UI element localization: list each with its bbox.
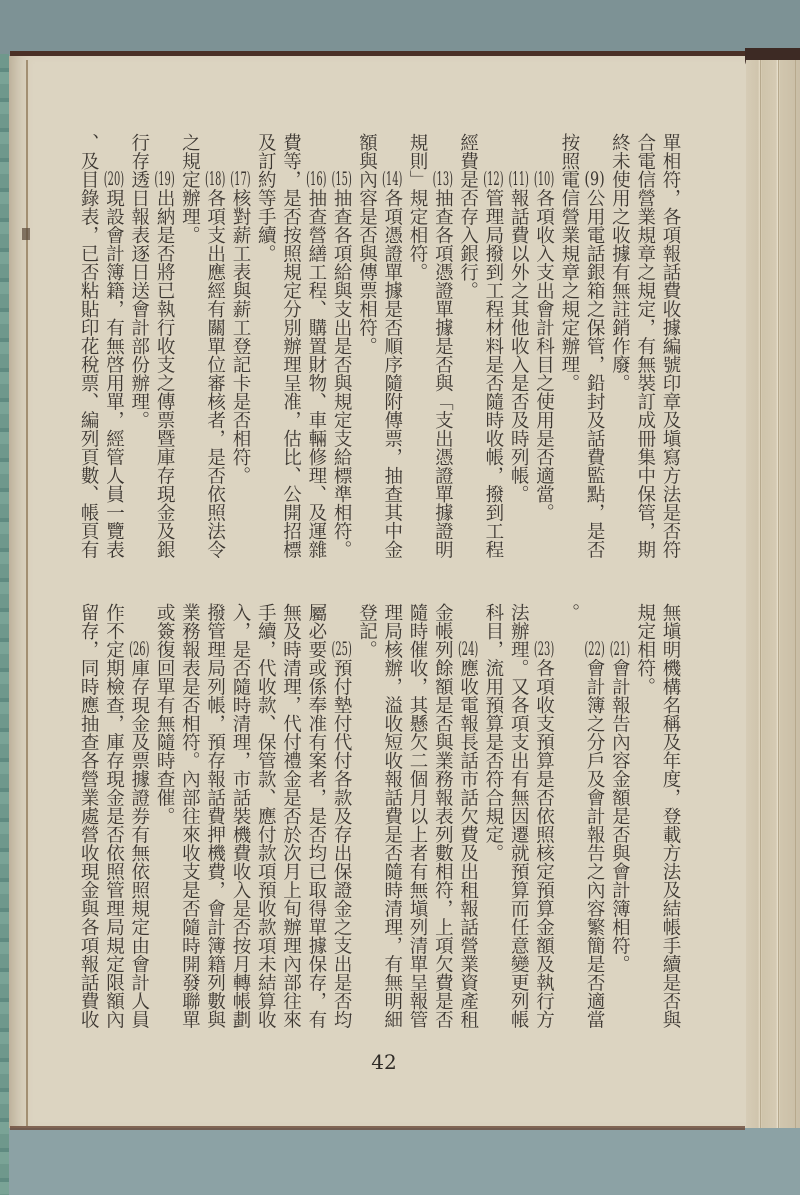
column-text: 入，是否隨時清理，市話裝機費收入是否按月轉帳劃 bbox=[230, 603, 251, 1029]
item-number: (16) bbox=[306, 170, 327, 189]
column-text: 各項收支預算是否依照核定預算金額及執行方 bbox=[534, 659, 555, 1029]
text-column: 法辦理。又各項支出有無因遷就預算而任意變更列帳 bbox=[506, 603, 531, 1043]
column-text: 手續，代收款、保管款、應付款項預收款項未結算收 bbox=[255, 603, 276, 1029]
text-column: (19)出納是否將已執行收支之傳票暨庫存現金及銀 bbox=[152, 133, 177, 573]
column-text: 規則」規定相符。 bbox=[407, 133, 428, 281]
text-column: 屬必要或係奉准有案者，是否均已取得單據保存，有 bbox=[304, 603, 329, 1043]
text-column: (17)核對薪工表與薪工登記卡是否相符。 bbox=[228, 133, 253, 573]
text-column: (22)會計簿之分戶及會計報告之內容繁簡是否適當 bbox=[582, 603, 607, 1043]
text-column: 手續，代收款、保管款、應付款項預收款項未結算收 bbox=[253, 603, 278, 1043]
column-text: 各項憑證單據是否順序隨附傳票，抽查其中金 bbox=[382, 189, 403, 559]
text-column: (25)預付墊付代付各款及存出保證金之支出是否均 bbox=[329, 603, 354, 1043]
column-text: 行存透日報表逐日送會計部份辦理。 bbox=[129, 133, 150, 429]
item-number: (20) bbox=[103, 170, 124, 189]
column-text: 撥管理局列帳，預存報話費押機費，會計簿籍列數與 bbox=[205, 603, 226, 1029]
text-column: 。 bbox=[557, 603, 582, 1043]
item-number: (9) bbox=[584, 170, 605, 189]
item-number: (13) bbox=[432, 170, 453, 189]
column-text: 屬必要或係奉准有案者，是否均已取得單據保存，有 bbox=[306, 603, 327, 1029]
text-column: (20)現設會計簿籍，有無啓用單，經管人員一覽表 bbox=[101, 133, 126, 573]
text-column: (16)抽查營繕工程、購置財物、車輛修理、及運雜 bbox=[304, 133, 329, 573]
column-text: 金帳列餘額是否與業務報表列數相符，上項欠費是否 bbox=[432, 603, 453, 1029]
item-number: (25) bbox=[331, 640, 352, 659]
item-number: (14) bbox=[382, 170, 403, 189]
text-column: 科目，流用預算是否符合規定。 bbox=[481, 603, 506, 1043]
item-number: (18) bbox=[205, 170, 226, 189]
column-text: 業務報表是否相符。內部往來收支是否隨時開發聯單 bbox=[179, 603, 200, 1029]
column-text: 按照電信營業規章之規定辦理。 bbox=[559, 133, 580, 392]
text-column: (15)抽查各項給與支出是否與規定支給標準相符。 bbox=[329, 133, 354, 573]
text-column: (26)庫存現金及票據證券有無依照規定由會計人員 bbox=[126, 603, 151, 1043]
text-column: 行存透日報表逐日送會計部份辦理。 bbox=[126, 133, 151, 573]
column-text: 預付墊付代付各款及存出保證金之支出是否均 bbox=[331, 659, 352, 1029]
column-text: 。 bbox=[559, 603, 580, 622]
item-number: (15) bbox=[331, 170, 352, 189]
item-number: (21) bbox=[609, 640, 630, 659]
text-column: 入，是否隨時清理，市話裝機費收入是否按月轉帳劃 bbox=[228, 603, 253, 1043]
column-text: 規定相符。 bbox=[635, 603, 656, 696]
adjacent-page-edge bbox=[0, 54, 9, 1195]
text-column: 作不定期檢查，庫存現金是否依照管理局規定限額內 bbox=[101, 603, 126, 1043]
text-column: 、及目錄表，已否粘貼印花稅票、編列頁數、帳頁有 bbox=[76, 133, 101, 573]
column-text: 額與內容是否與傳票相符。 bbox=[356, 133, 377, 355]
text-column: (11)報話費以外之其他收入是否及時列帳。 bbox=[506, 133, 531, 573]
item-number: (10) bbox=[534, 170, 555, 189]
column-text: 或簽復回單有無隨時查催。 bbox=[154, 603, 175, 825]
column-text: 管理局撥到工程材料是否隨時收帳，撥到工程 bbox=[483, 189, 504, 559]
column-text: 會計簿之分戶及會計報告之內容繁簡是否適當 bbox=[584, 659, 605, 1029]
text-column: 額與內容是否與傳票相符。 bbox=[354, 133, 379, 573]
item-number: (12) bbox=[483, 170, 504, 189]
column-text: 作不定期檢查，庫存現金是否依照管理局規定限額內 bbox=[103, 603, 124, 1029]
column-text: 核對薪工表與薪工登記卡是否相符。 bbox=[230, 189, 251, 485]
text-column: (18)各項支出應經有關單位審核者，是否依照法令 bbox=[202, 133, 227, 573]
text-column: 金帳列餘額是否與業務報表列數相符，上項欠費是否 bbox=[430, 603, 455, 1043]
text-column: 按照電信營業規章之規定辦理。 bbox=[557, 133, 582, 573]
column-text: 、及目錄表，已否粘貼印花稅票、編列頁數、帳頁有 bbox=[78, 133, 99, 559]
column-text: 之規定辦理。 bbox=[179, 133, 200, 244]
cover-edge-bottom bbox=[10, 1126, 745, 1130]
text-column: 及訂約等手續。 bbox=[253, 133, 278, 573]
text-column: 理局核辦，溢收短收報話費是否隨時清理，有無明細 bbox=[379, 603, 404, 1043]
column-text: 終未使用之收據有無註銷作廢。 bbox=[609, 133, 630, 392]
background-top bbox=[0, 0, 800, 54]
text-column: 或簽復回單有無隨時查催。 bbox=[152, 603, 177, 1043]
text-column: (14)各項憑證單據是否順序隨附傳票，抽查其中金 bbox=[379, 133, 404, 573]
text-column: 撥管理局列帳，預存報話費押機費，會計簿籍列數與 bbox=[202, 603, 227, 1043]
column-text: 各項支出應經有關單位審核者，是否依照法令 bbox=[205, 189, 226, 559]
text-column: 隨時催收，其懸欠二個月以上者有無塡列清單呈報管 bbox=[405, 603, 430, 1043]
text-block-top: 單相符，各項報話費收據編號印章及塡寫方法是否符 合電信營業規章之規定，有無裝訂成… bbox=[76, 133, 683, 573]
text-column: 終未使用之收據有無註銷作廢。 bbox=[607, 133, 632, 573]
text-column: (13)抽查各項憑證單據是否與「支出憑證單據證明 bbox=[430, 133, 455, 573]
column-text: 無及時清理，代付禮金是否於次月上旬辦理內部往來 bbox=[281, 603, 302, 1029]
item-number: (23) bbox=[534, 640, 555, 659]
column-text: 公用電話銀箱之保管，鉛封及話費監點，是否 bbox=[584, 189, 605, 559]
text-column: 之規定辦理。 bbox=[177, 133, 202, 573]
text-column: 規定相符。 bbox=[632, 603, 657, 1043]
column-text: 科目，流用預算是否符合規定。 bbox=[483, 603, 504, 862]
page-stack bbox=[746, 60, 800, 1128]
text-column: 登記。 bbox=[354, 603, 379, 1043]
text-column: (24)應收電報長話市話欠費及出租報話營業資產租 bbox=[455, 603, 480, 1043]
column-text: 出納是否將已執行收支之傳票暨庫存現金及銀 bbox=[154, 189, 175, 559]
item-number: (11) bbox=[508, 170, 529, 189]
item-number: (19) bbox=[154, 170, 175, 189]
text-column: 規則」規定相符。 bbox=[405, 133, 430, 573]
text-column: 合電信營業規章之規定，有無裝訂成冊集中保管，期 bbox=[632, 133, 657, 573]
item-number: (17) bbox=[230, 170, 251, 189]
text-column: 經費是否存入銀行。 bbox=[455, 133, 480, 573]
page-number: 42 bbox=[364, 1050, 404, 1074]
column-text: 經費是否存入銀行。 bbox=[458, 133, 479, 300]
column-text: 抽查各項給與支出是否與規定支給標準相符。 bbox=[331, 189, 352, 559]
text-column: (21)會計報告內容金額是否與會計簿相符。 bbox=[607, 603, 632, 1043]
background-bottom bbox=[0, 1128, 800, 1195]
column-text: 費等，是否按照規定分別辦理呈准，估比、公開招標 bbox=[281, 133, 302, 559]
text-column: 無及時清理，代付禮金是否於次月上旬辦理內部往來 bbox=[278, 603, 303, 1043]
text-column: (10)各項收入支出會計科目之使用是否適當。 bbox=[531, 133, 556, 573]
column-text: 庫存現金及票據證券有無依照規定由會計人員 bbox=[129, 659, 150, 1029]
column-text: 留存，同時應抽查各營業處營收現金與各項報話費收 bbox=[78, 603, 99, 1029]
column-text: 無塡明機構名稱及年度，登載方法及結帳手續是否與 bbox=[660, 603, 681, 1029]
text-column: (9)公用電話銀箱之保管，鉛封及話費監點，是否 bbox=[582, 133, 607, 573]
column-text: 抽查營繕工程、購置財物、車輛修理、及運雜 bbox=[306, 189, 327, 559]
page-stack-line bbox=[760, 60, 761, 1128]
column-text: 現設會計簿籍，有無啓用單，經管人員一覽表 bbox=[103, 189, 124, 559]
text-column: 單相符，各項報話費收據編號印章及塡寫方法是否符 bbox=[658, 133, 683, 573]
column-text: 法辦理。又各項支出有無因遷就預算而任意變更列帳 bbox=[508, 603, 529, 1029]
item-number: (26) bbox=[129, 640, 150, 659]
binding-thread-mark bbox=[22, 228, 30, 240]
text-column: 業務報表是否相符。內部往來收支是否隨時開發聯單 bbox=[177, 603, 202, 1043]
column-text: 合電信營業規章之規定，有無裝訂成冊集中保管，期 bbox=[635, 133, 656, 559]
page-stack-line bbox=[778, 60, 779, 1128]
item-number: (22) bbox=[584, 640, 605, 659]
cover-edge-top bbox=[10, 51, 800, 56]
column-text: 單相符，各項報話費收據編號印章及塡寫方法是否符 bbox=[660, 133, 681, 559]
text-column: (12)管理局撥到工程材料是否隨時收帳，撥到工程 bbox=[481, 133, 506, 573]
column-text: 應收電報長話市話欠費及出租報話營業資產租 bbox=[458, 659, 479, 1029]
column-text: 登記。 bbox=[356, 603, 377, 659]
page-stack-line bbox=[795, 60, 796, 1128]
text-block-bottom: 無塡明機構名稱及年度，登載方法及結帳手續是否與 規定相符。 (21)會計報告內容… bbox=[76, 603, 683, 1043]
text-column: (23)各項收支預算是否依照核定預算金額及執行方 bbox=[531, 603, 556, 1043]
column-text: 各項收入支出會計科目之使用是否適當。 bbox=[534, 189, 555, 522]
item-number: (24) bbox=[458, 640, 479, 659]
column-text: 理局核辦，溢收短收報話費是否隨時清理，有無明細 bbox=[382, 603, 403, 1029]
text-column: 無塡明機構名稱及年度，登載方法及結帳手續是否與 bbox=[658, 603, 683, 1043]
column-text: 抽查各項憑證單據是否與「支出憑證單據證明 bbox=[432, 189, 453, 559]
gutter-line bbox=[26, 60, 28, 1126]
text-column: 費等，是否按照規定分別辦理呈准，估比、公開招標 bbox=[278, 133, 303, 573]
column-text: 報話費以外之其他收入是否及時列帳。 bbox=[508, 189, 529, 504]
column-text: 隨時催收，其懸欠二個月以上者有無塡列清單呈報管 bbox=[407, 603, 428, 1029]
text-column: 留存，同時應抽查各營業處營收現金與各項報話費收 bbox=[76, 603, 101, 1043]
column-text: 及訂約等手續。 bbox=[255, 133, 276, 263]
column-text: 會計報告內容金額是否與會計簿相符。 bbox=[609, 659, 630, 974]
